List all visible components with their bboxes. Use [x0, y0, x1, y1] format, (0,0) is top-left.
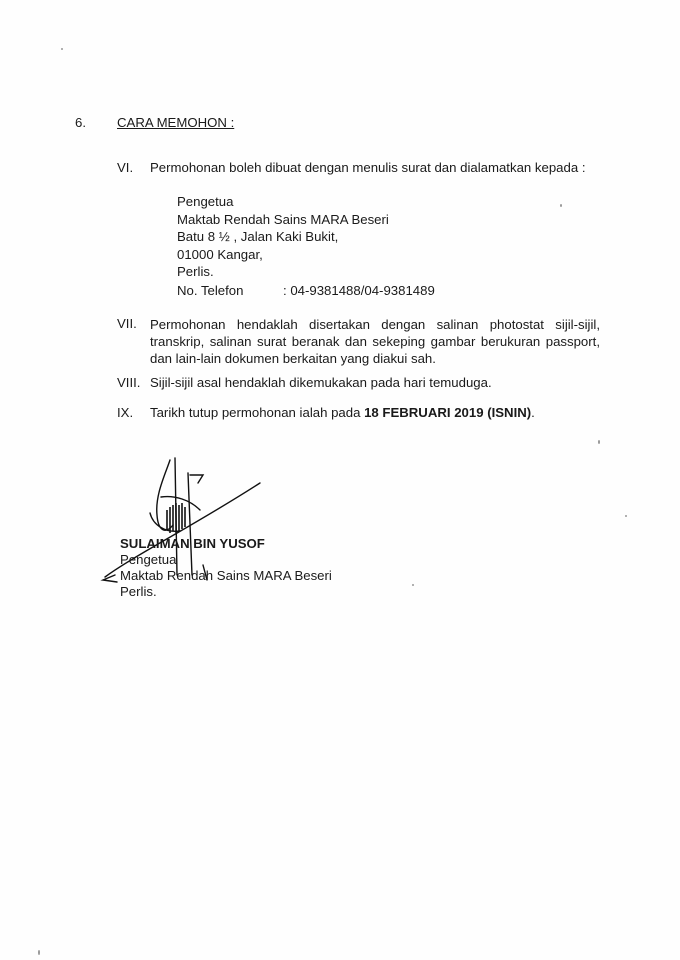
scan-speck [412, 584, 414, 586]
address-line: Perlis. [177, 263, 214, 281]
item-text-line: transkrip, salinan surat beranak dan sek… [150, 333, 600, 350]
address-line: 01000 Kangar, [177, 246, 263, 264]
scan-speck [61, 48, 63, 50]
item-numeral-ix: IX. [117, 405, 133, 420]
scan-speck [560, 204, 562, 207]
telephone-value: : 04-9381488/04-9381489 [283, 283, 435, 298]
item-numeral-vi: VI. [117, 160, 133, 175]
deadline-suffix: . [531, 405, 535, 420]
scan-speck [598, 440, 600, 444]
item-text-vi: Permohonan boleh dibuat dengan menulis s… [150, 160, 586, 175]
signatory-name: SULAIMAN BIN YUSOF [120, 536, 265, 553]
document-page: 6. CARA MEMOHON : VI. Permohonan boleh d… [0, 0, 680, 960]
item-text-line: dan lain-lain dokumen berkaitan yang dia… [150, 350, 600, 367]
address-line: Pengetua [177, 193, 233, 211]
item-numeral-vii: VII. [117, 316, 137, 331]
scan-speck [38, 950, 40, 955]
item-text-ix: Tarikh tutup permohonan ialah pada 18 FE… [150, 405, 535, 420]
address-line: Maktab Rendah Sains MARA Beseri [177, 211, 389, 229]
deadline-prefix: Tarikh tutup permohonan ialah pada [150, 405, 364, 420]
item-text-viii: Sijil-sijil asal hendaklah dikemukakan p… [150, 375, 492, 390]
scan-speck [625, 515, 627, 517]
section-number: 6. [75, 115, 86, 130]
item-text-vii: Permohonan hendaklah disertakan dengan s… [150, 316, 600, 367]
item-numeral-viii: VIII. [117, 375, 140, 390]
telephone-label: No. Telefon [177, 283, 243, 298]
address-line: Batu 8 ½ , Jalan Kaki Bukit, [177, 228, 338, 246]
signatory-institution: Maktab Rendah Sains MARA Beseri [120, 568, 332, 585]
item-text-line: Permohonan hendaklah disertakan dengan s… [150, 316, 600, 333]
section-title: CARA MEMOHON : [117, 115, 234, 130]
signatory-position: Pengetua [120, 552, 176, 569]
deadline-date: 18 FEBRUARI 2019 (ISNIN) [364, 405, 531, 420]
signatory-state: Perlis. [120, 584, 157, 601]
